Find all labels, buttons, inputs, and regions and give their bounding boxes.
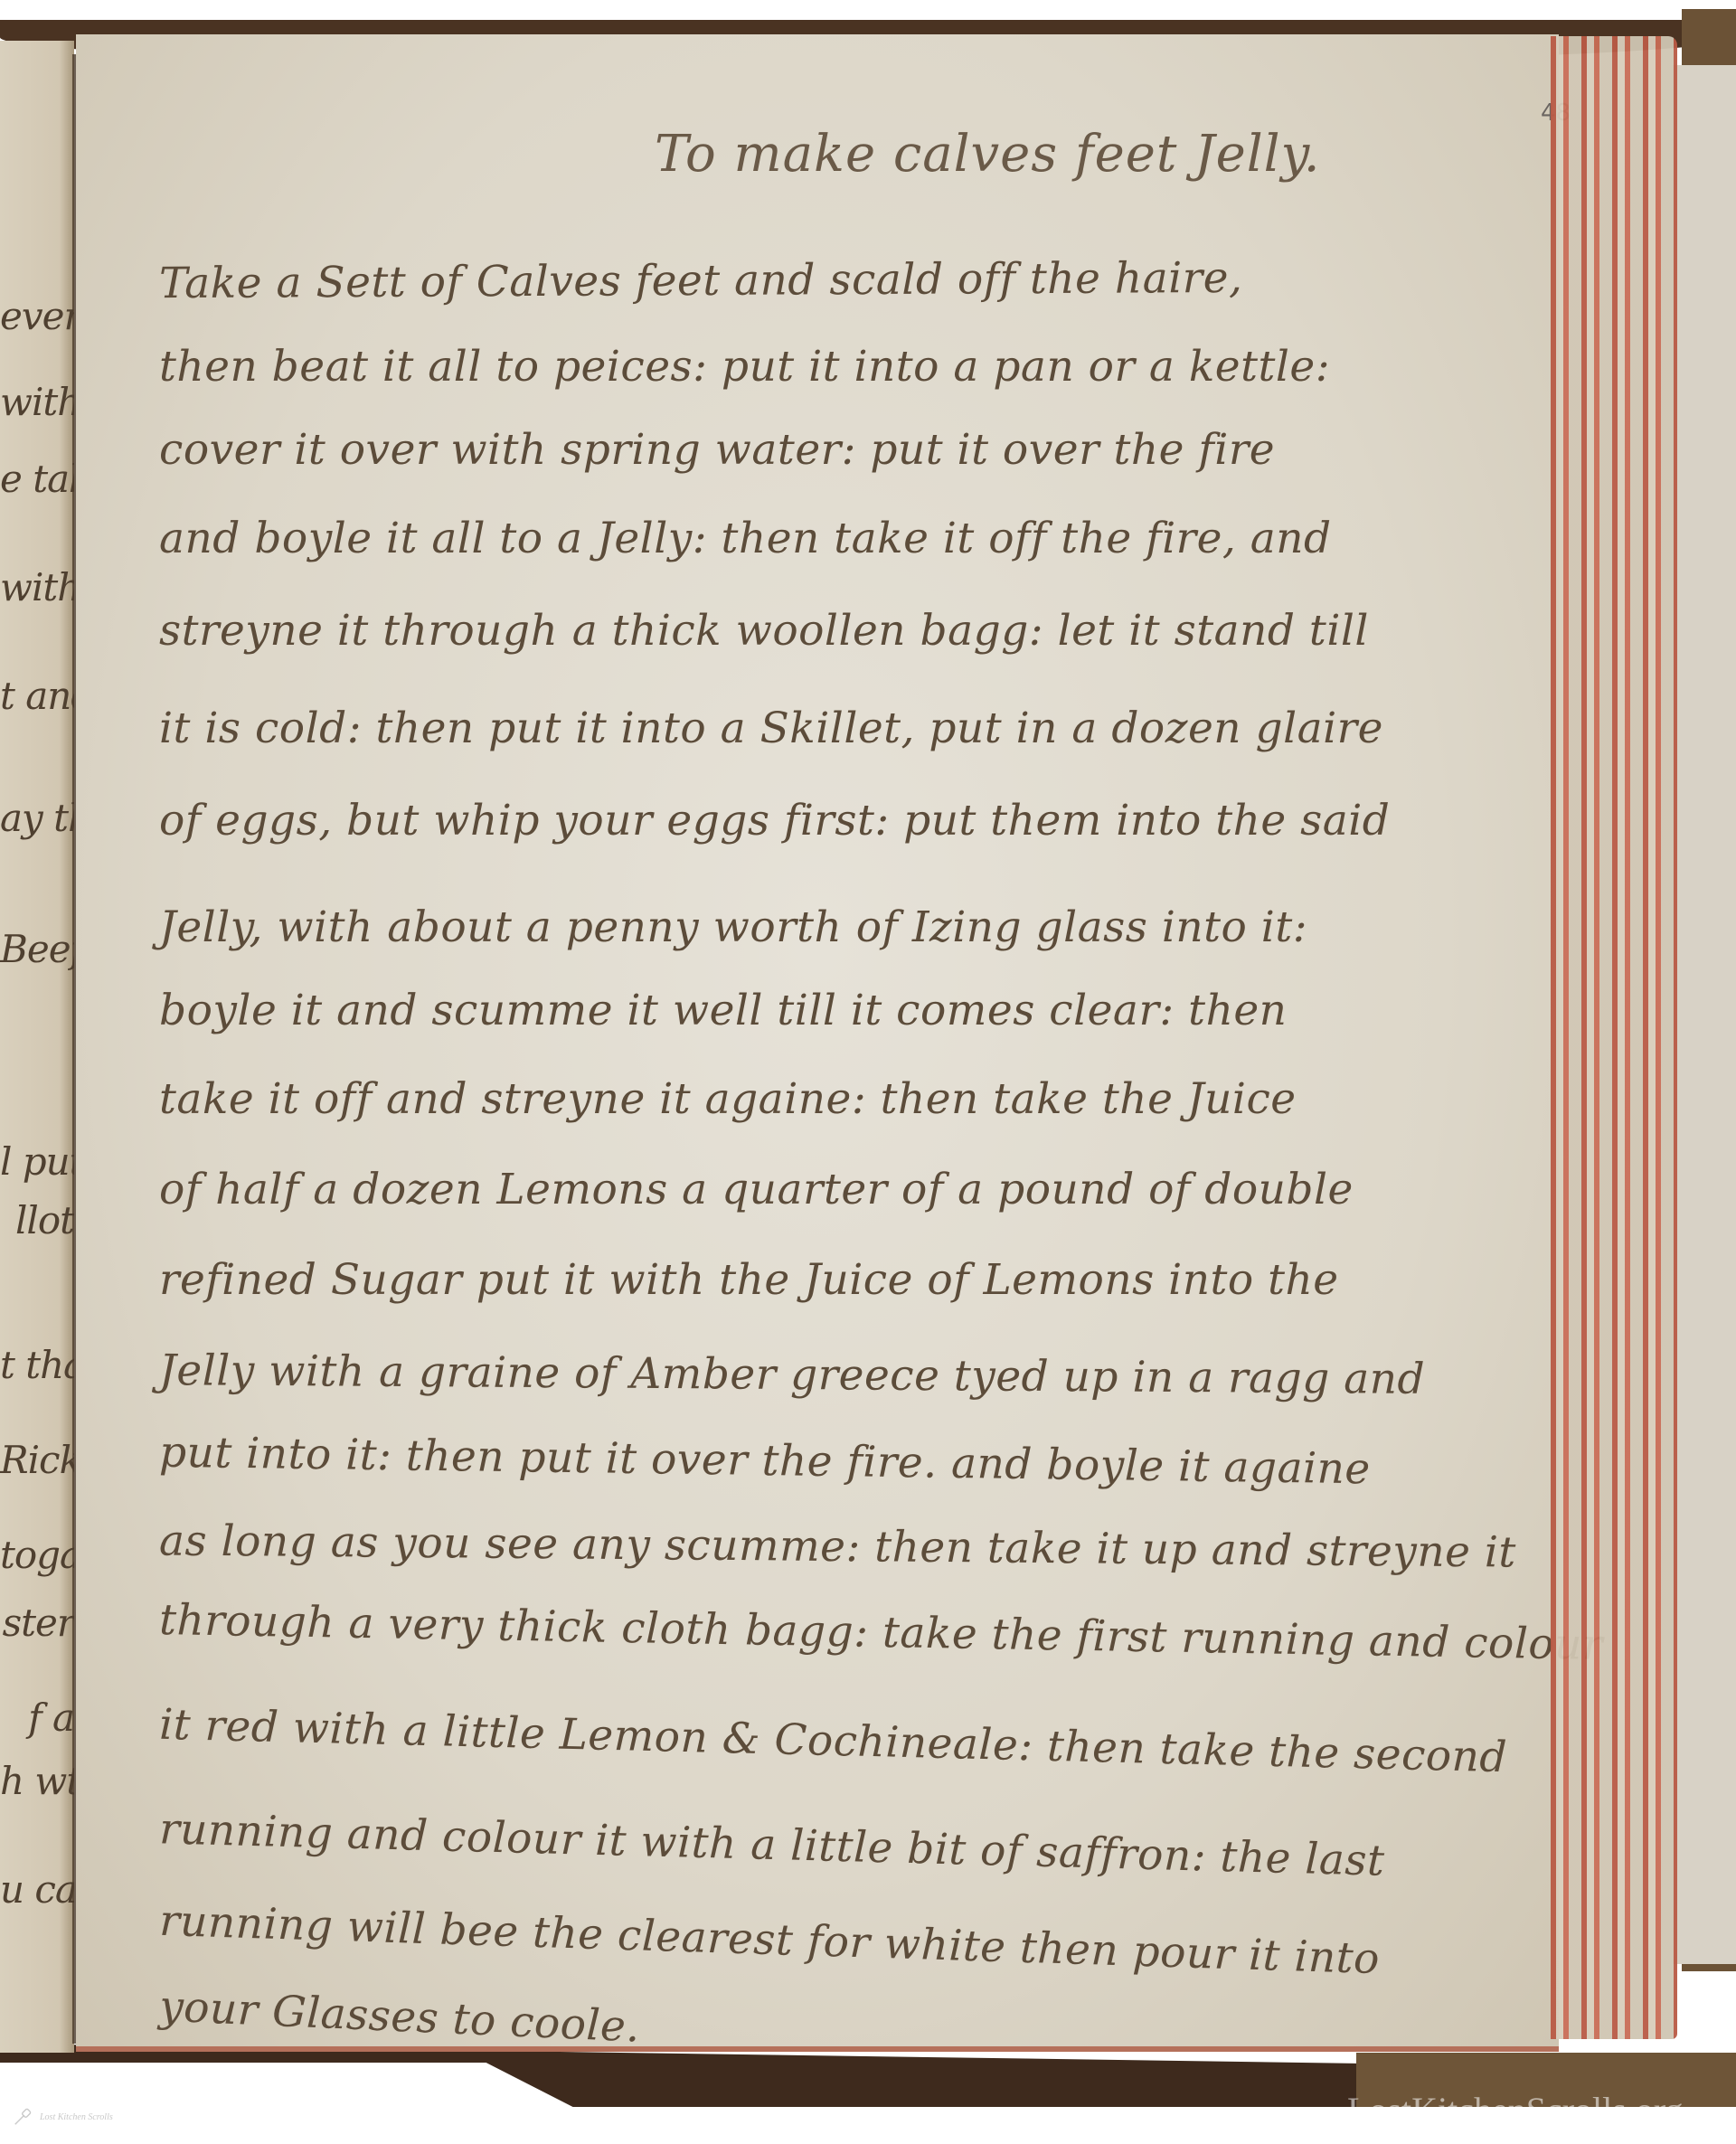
manuscript-page: 48 To make calves feet Jelly. Take a Set… xyxy=(76,34,1559,2052)
manuscript-line: through a very thick cloth bagg: take th… xyxy=(159,1595,1604,1670)
manuscript-line: put into it: then put it over the fire. … xyxy=(159,1428,1371,1495)
credit-badge: Lost Kitchen Scrolls xyxy=(13,2107,113,2127)
manuscript-line: running and colour it with a little bit … xyxy=(159,1804,1386,1885)
left-page-text: h wth xyxy=(0,1759,74,1803)
manuscript-line: of half a dozen Lemons a quarter of a po… xyxy=(159,1165,1354,1214)
manuscript-line: cover it over with spring water: put it … xyxy=(159,425,1275,475)
left-page-text: ay the xyxy=(0,796,74,840)
manuscript-line: refined Sugar put it with the Juice of L… xyxy=(159,1255,1339,1305)
manuscript-line: of eggs, but whip your eggs first: put t… xyxy=(159,796,1390,845)
left-page-text: with xyxy=(0,565,74,609)
manuscript-line: your Glasses to coole. xyxy=(158,1981,641,2052)
left-page-text: u can xyxy=(0,1867,74,1912)
page-stack-edges xyxy=(1551,36,1677,2039)
recipe-title: To make calves feet Jelly. xyxy=(655,125,1321,184)
watermark: LostKitchenScrolls.org xyxy=(1347,2089,1683,2131)
manuscript-line: then beat it all to peices: put it into … xyxy=(159,342,1330,392)
spatula-icon xyxy=(13,2107,33,2127)
left-page-text: llot xyxy=(0,1198,74,1242)
left-page-text: t that xyxy=(0,1343,74,1387)
left-page-text: with xyxy=(0,380,74,424)
manuscript-line: Jelly with a graine of Amber greece tyed… xyxy=(159,1346,1425,1404)
credit-text: Lost Kitchen Scrolls xyxy=(40,2112,113,2122)
manuscript-line: it red with a little Lemon & Cochineale:… xyxy=(159,1700,1508,1782)
manuscript-line: Jelly, with about a penny worth of Izing… xyxy=(159,902,1307,952)
left-page-text: t and xyxy=(0,674,74,718)
manuscript-line: Take a Sett of Calves feet and scald off… xyxy=(159,253,1243,308)
manuscript-line: take it off and streyne it againe: then … xyxy=(159,1074,1297,1124)
manuscript-line: running will bee the clearest for white … xyxy=(158,1896,1380,1984)
manuscript-line: as long as you see any scumme: then take… xyxy=(159,1516,1516,1577)
manuscript-line: streyne it through a thick woollen bagg:… xyxy=(159,606,1369,656)
manuscript-line: it is cold: then put it into a Skillet, … xyxy=(159,704,1383,753)
left-page-text: ster xyxy=(0,1601,74,1645)
left-page-text: e take xyxy=(0,457,74,501)
endpaper xyxy=(1673,65,1736,1964)
left-page-text: every xyxy=(0,294,74,338)
manuscript-line: and boyle it all to a Jelly: then take i… xyxy=(159,514,1332,563)
left-page-text: f a xyxy=(0,1695,74,1740)
manuscript-line: boyle it and scumme it well till it come… xyxy=(159,986,1287,1035)
left-page-text: togather xyxy=(0,1533,74,1577)
left-page-text: Beef xyxy=(0,927,74,971)
left-page-text: Rickin xyxy=(0,1438,74,1482)
left-page-text: l put xyxy=(0,1139,74,1184)
left-page-fragment: every with e take with t and ay the Beef… xyxy=(0,41,74,2053)
